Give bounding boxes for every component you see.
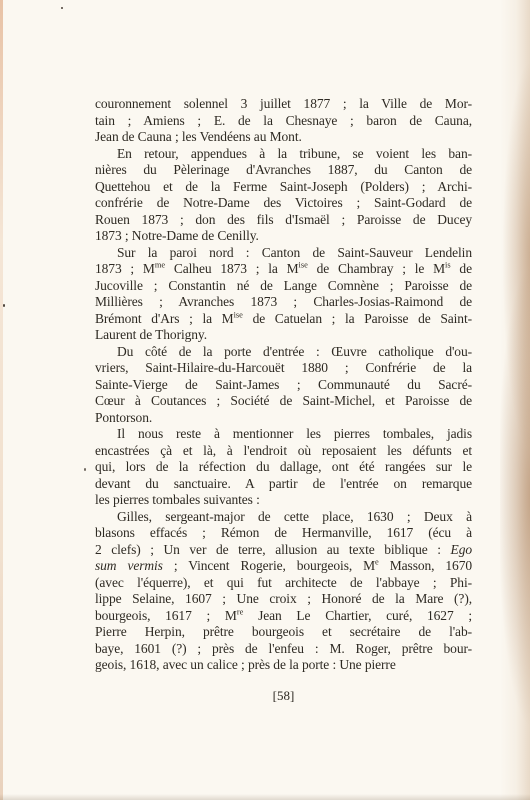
text-line: devant du sanctuaire. A partir de l'entr… — [95, 476, 472, 493]
paragraph: Du côté de la porte d'entrée : Œuvre cat… — [95, 344, 472, 427]
text-line: nières du Pèlerinage d'Avranches 1887, d… — [95, 162, 472, 179]
text-line: Rouen 1873 ; don des fils d'Ismaël ; Par… — [95, 212, 472, 229]
text-line: confrérie de Notre-Dame des Victoires ; … — [95, 195, 472, 212]
text-line: Gilles, sergeant-major de cette place, 1… — [95, 509, 472, 526]
text-line: Millières ; Avranches 1873 ; Charles-Jos… — [95, 294, 472, 311]
paragraph: couronnement solennel 3 juillet 1877 ; l… — [95, 96, 472, 146]
text-line: En retour, appendues à la tribune, se vo… — [95, 146, 472, 163]
text-line: Il nous reste à mentionner les pierres t… — [95, 426, 472, 443]
text-line: Laurent de Thorigny. — [95, 327, 472, 344]
text-line: les pierres tombales suivantes : — [95, 492, 472, 509]
text-line: blasons effacés ; Rémon de Hermanville, … — [95, 525, 472, 542]
text-line: vriers, Saint-Hilaire-du-Harcouët 1880 ;… — [95, 360, 472, 377]
paragraph: Sur la paroi nord : Canton de Saint-Sauv… — [95, 245, 472, 344]
text-line: geois, 1618, avec un calice ; près de la… — [95, 657, 472, 674]
text-line: encastrées çà et là, à l'endroit où repo… — [95, 443, 472, 460]
text-line: Sainte-Vierge de Saint-James ; Communaut… — [95, 377, 472, 394]
text-line: (avec l'équerre), et qui fut architecte … — [95, 575, 472, 592]
text-block: couronnement solennel 3 juillet 1877 ; l… — [95, 96, 472, 674]
page-right-edge-shadow — [500, 0, 530, 800]
paragraph: Il nous reste à mentionner les pierres t… — [95, 426, 472, 509]
paragraph: Gilles, sergeant-major de cette place, 1… — [95, 509, 472, 674]
text-line: Pierre Herpin, prêtre bourgeois et secré… — [95, 624, 472, 641]
text-line: Jean de Cauna ; les Vendéens au Mont. — [95, 129, 472, 146]
text-line: Cœur à Coutances ; Société de Saint-Mich… — [95, 393, 472, 410]
book-page: couronnement solennel 3 juillet 1877 ; l… — [0, 0, 530, 800]
text-line: Pontorson. — [95, 410, 472, 427]
text-line: Du côté de la porte d'entrée : Œuvre cat… — [95, 344, 472, 361]
text-line: 2 clefs) ; Un ver de terre, allusion au … — [95, 542, 472, 559]
text-line: sum vermis ; Vincent Rogerie, bourgeois,… — [95, 558, 472, 575]
text-line: 1873 ; Mme Calheu 1873 ; la Mise de Cham… — [95, 261, 472, 278]
text-line: Sur la paroi nord : Canton de Saint-Sauv… — [95, 245, 472, 262]
page-number: [58] — [95, 688, 472, 704]
text-line: lippe Selaine, 1607 ; Une croix ; Honoré… — [95, 591, 472, 608]
text-line: Brémont d'Ars ; la Mise de Catuelan ; la… — [95, 311, 472, 328]
scan-speck — [84, 468, 86, 471]
text-line: baye, 1601 (?) ; près de l'enfeu : M. Ro… — [95, 641, 472, 658]
text-line: couronnement solennel 3 juillet 1877 ; l… — [95, 96, 472, 113]
text-line: bourgeois, 1617 ; Mre Jean Le Chartier, … — [95, 608, 472, 625]
page-bottom-edge-shadow — [0, 794, 530, 800]
scan-speck — [3, 304, 5, 307]
text-line: tain ; Amiens ; E. de la Chesnaye ; baro… — [95, 113, 472, 130]
scan-speck — [61, 7, 63, 9]
page-left-edge-tint — [0, 0, 3, 800]
text-line: 1873 ; Notre-Dame de Cenilly. — [95, 228, 472, 245]
text-line: Jucoville ; Constantin né de Lange Comnè… — [95, 278, 472, 295]
paragraph: En retour, appendues à la tribune, se vo… — [95, 146, 472, 245]
text-line: qui, lors de la réfection du dallage, on… — [95, 459, 472, 476]
text-line: Quettehou et de la Ferme Saint-Joseph (P… — [95, 179, 472, 196]
